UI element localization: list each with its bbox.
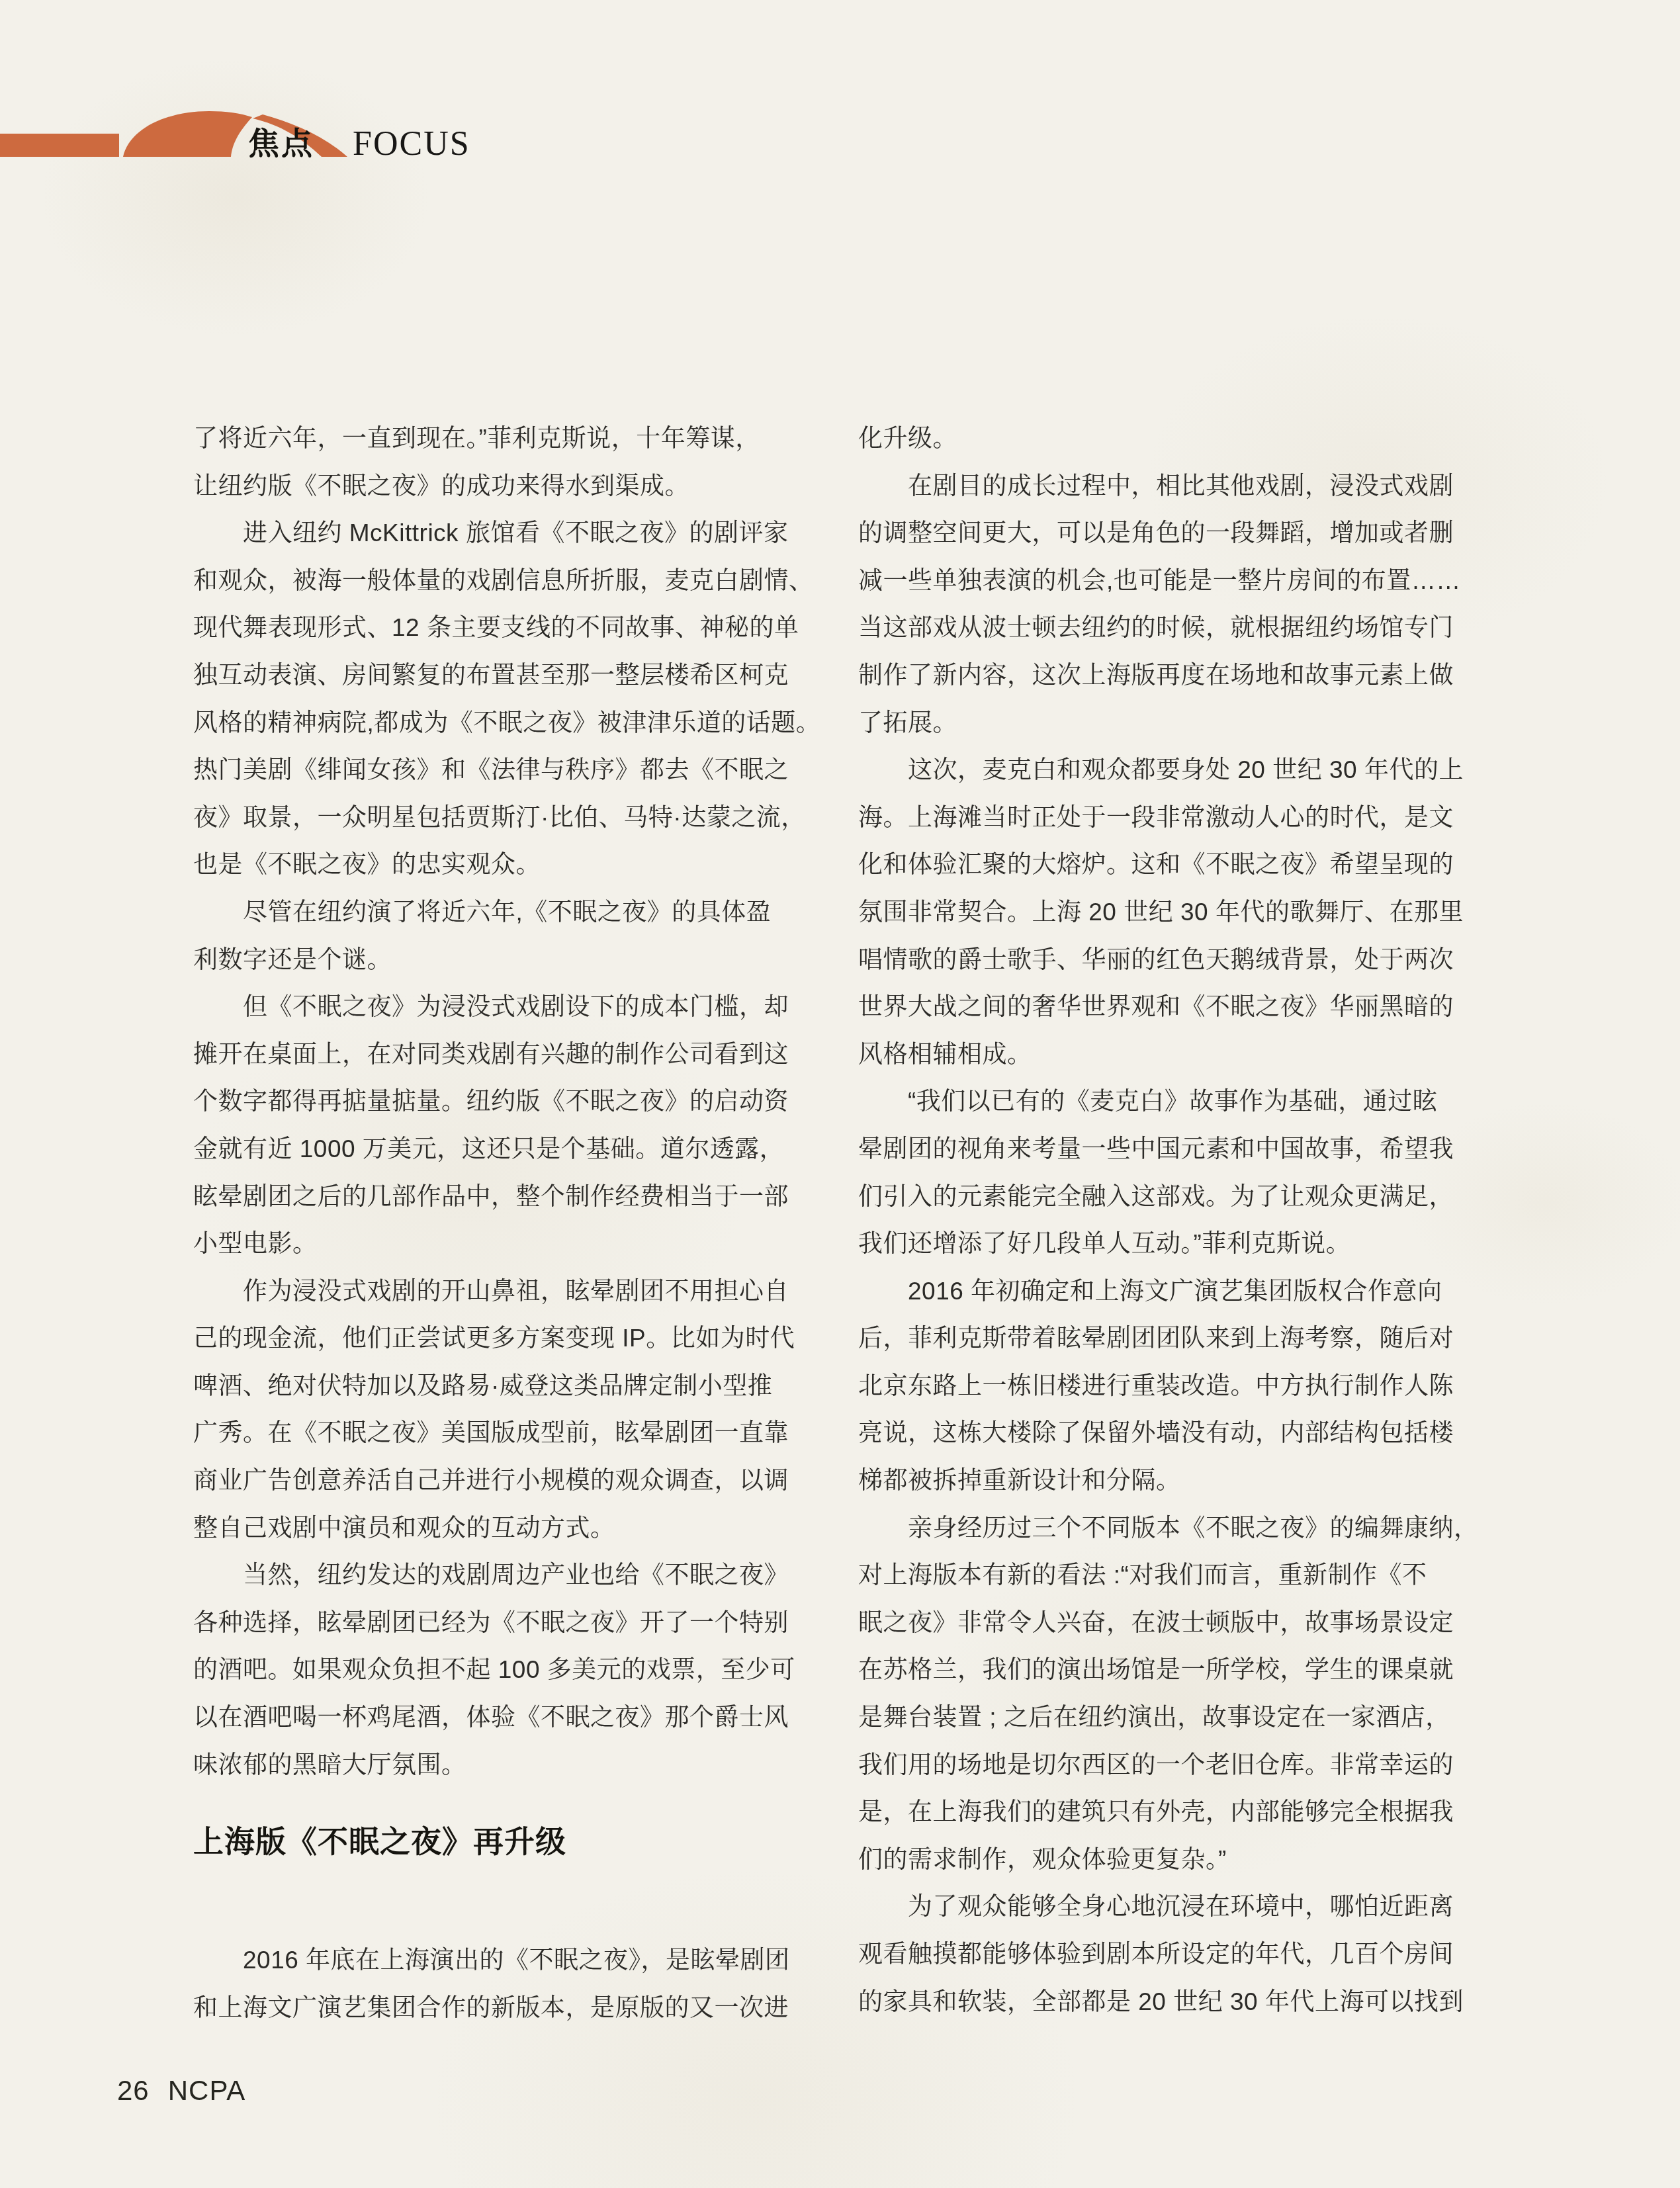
text-line: 金就有近 1000 万美元，这还只是个基础。道尔透露， <box>193 1125 822 1173</box>
section-subheading: 上海版《不眠之夜》再升级 <box>193 1821 822 1861</box>
text-line: 减一些单独表演的机会,也可能是一整片房间的布置…… <box>858 557 1487 605</box>
magazine-page: 焦点 FOCUS 了将近六年，一直到现在。”菲利克斯说，十年筹谋，让纽约版《不眠… <box>0 0 1680 2188</box>
text-line: 夜》取景，一众明星包括贾斯汀·比伯、马特·达蒙之流， <box>193 794 822 842</box>
text-line: 亮说，这栋大楼除了保留外墙没有动，内部结构包括楼 <box>858 1409 1487 1457</box>
text-line: 观看触摸都能够体验到剧本所设定的年代，几百个房间 <box>858 1931 1487 1978</box>
text-line: 商业广告创意养活自己并进行小规模的观众调查，以调 <box>193 1457 822 1505</box>
text-line: 在苏格兰，我们的演出场馆是一所学校，学生的课桌就 <box>858 1646 1487 1694</box>
header-rule <box>0 134 119 157</box>
text-line: “我们以已有的《麦克白》故事作为基础，通过眩 <box>858 1078 1487 1125</box>
text-line: 化和体验汇聚的大熔炉。这和《不眠之夜》希望呈现的 <box>858 841 1487 889</box>
text-line: 和观众，被海一般体量的戏剧信息所折服，麦克白剧情、 <box>193 557 822 605</box>
text-line: 进入纽约 McKittrick 旅馆看《不眠之夜》的剧评家 <box>193 509 822 557</box>
text-line: 当这部戏从波士顿去纽约的时候，就根据纽约场馆专门 <box>858 604 1487 652</box>
text-line: 作为浸没式戏剧的开山鼻祖，眩晕剧团不用担心自 <box>193 1268 822 1315</box>
text-line: 2016 年底在上海演出的《不眠之夜》，是眩晕剧团 <box>193 1937 822 1984</box>
text-line: 摊开在桌面上，在对同类戏剧有兴趣的制作公司看到这 <box>193 1031 822 1078</box>
text-line: 独互动表演、房间繁复的布置甚至那一整层楼希区柯克 <box>193 652 822 699</box>
text-line: 晕剧团的视角来考量一些中国元素和中国故事，希望我 <box>858 1125 1487 1173</box>
text-line: 2016 年初确定和上海文广演艺集团版权合作意向 <box>858 1268 1487 1315</box>
text-line: 氛围非常契合。上海 20 世纪 30 年代的歌舞厅、在那里 <box>858 889 1487 936</box>
text-line: 为了观众能够全身心地沉浸在环境中，哪怕近距离 <box>858 1883 1487 1931</box>
text-line: 的酒吧。如果观众负担不起 100 多美元的戏票，至少可 <box>193 1646 822 1694</box>
text-line: 利数字还是个谜。 <box>193 936 822 984</box>
page-number: 26 <box>117 2075 150 2106</box>
text-line: 对上海版本有新的看法 :“对我们而言，重新制作《不 <box>858 1552 1487 1599</box>
text-line: 了拓展。 <box>858 699 1487 747</box>
text-line: 亲身经历过三个不同版本《不眠之夜》的编舞康纳， <box>858 1505 1487 1552</box>
left-column-after-heading: 2016 年底在上海演出的《不眠之夜》，是眩晕剧团和上海文广演艺集团合作的新版本… <box>193 1937 822 2031</box>
text-line: 让纽约版《不眠之夜》的成功来得水到渠成。 <box>193 462 822 510</box>
text-line: 们引入的元素能完全融入这部戏。为了让观众更满足， <box>858 1173 1487 1221</box>
text-line: 也是《不眠之夜》的忠实观众。 <box>193 841 822 889</box>
text-line: 我们用的场地是切尔西区的一个老旧仓库。非常幸运的 <box>858 1741 1487 1789</box>
text-line: 的调整空间更大，可以是角色的一段舞蹈，增加或者删 <box>858 509 1487 557</box>
text-line: 啤酒、绝对伏特加以及路易·威登这类品牌定制小型推 <box>193 1362 822 1410</box>
text-line: 们的需求制作，观众体验更复杂。” <box>858 1836 1487 1884</box>
text-line: 风格的精神病院,都成为《不眠之夜》被津津乐道的话题。 <box>193 699 822 747</box>
text-line: 现代舞表现形式、12 条主要支线的不同故事、神秘的单 <box>193 604 822 652</box>
right-column: 化升级。 在剧目的成长过程中，相比其他戏剧，浸没式戏剧的调整空间更大，可以是角色… <box>858 415 1487 2025</box>
text-line: 化升级。 <box>858 415 1487 462</box>
text-line: 后，菲利克斯带着眩晕剧团团队来到上海考察，随后对 <box>858 1315 1487 1362</box>
text-line: 是，在上海我们的建筑只有外壳，内部能够完全根据我 <box>858 1788 1487 1836</box>
text-line: 梯都被拆掉重新设计和分隔。 <box>858 1457 1487 1505</box>
text-line: 眩晕剧团之后的几部作品中，整个制作经费相当于一部 <box>193 1173 822 1221</box>
header-banner: 焦点 FOCUS <box>0 106 609 179</box>
text-line: 味浓郁的黑暗大厅氛围。 <box>193 1741 822 1789</box>
text-line: 是舞台装置 ; 之后在纽约演出，故事设定在一家酒店， <box>858 1694 1487 1741</box>
text-line: 眠之夜》非常令人兴奋，在波士顿版中，故事场景设定 <box>858 1599 1487 1647</box>
text-line: 了将近六年，一直到现在。”菲利克斯说，十年筹谋， <box>193 415 822 462</box>
page-footer: 26NCPA <box>117 2075 245 2107</box>
text-line: 在剧目的成长过程中，相比其他戏剧，浸没式戏剧 <box>858 462 1487 510</box>
text-line: 制作了新内容，这次上海版再度在场地和故事元素上做 <box>858 652 1487 699</box>
arch-icon <box>123 111 252 157</box>
journal-name: NCPA <box>168 2075 246 2106</box>
text-line: 北京东路上一栋旧楼进行重装改造。中方执行制作人陈 <box>858 1362 1487 1410</box>
section-title-cn: 焦点 <box>248 126 314 161</box>
text-line: 世界大战之间的奢华世界观和《不眠之夜》华丽黑暗的 <box>858 983 1487 1031</box>
text-line: 小型电影。 <box>193 1220 822 1268</box>
text-line: 和上海文广演艺集团合作的新版本，是原版的又一次进 <box>193 1984 822 2032</box>
text-line: 热门美剧《绯闻女孩》和《法律与秩序》都去《不眠之 <box>193 746 822 794</box>
text-line: 整自己戏剧中演员和观众的互动方式。 <box>193 1505 822 1552</box>
text-line: 尽管在纽约演了将近六年,《不眠之夜》的具体盈 <box>193 889 822 936</box>
text-line: 唱情歌的爵士歌手、华丽的红色天鹅绒背景，处于两次 <box>858 936 1487 984</box>
text-line: 风格相辅相成。 <box>858 1031 1487 1078</box>
section-title-en: FOCUS <box>353 125 470 163</box>
left-column-body: 了将近六年，一直到现在。”菲利克斯说，十年筹谋，让纽约版《不眠之夜》的成功来得水… <box>193 415 822 1788</box>
text-line: 的家具和软装，全部都是 20 世纪 30 年代上海可以找到 <box>858 1978 1487 2026</box>
text-line: 广秀。在《不眠之夜》美国版成型前，眩晕剧团一直靠 <box>193 1409 822 1457</box>
text-line: 以在酒吧喝一杯鸡尾酒，体验《不眠之夜》那个爵士风 <box>193 1694 822 1741</box>
text-line: 我们还增添了好几段单人互动。”菲利克斯说。 <box>858 1220 1487 1268</box>
text-line: 个数字都得再掂量掂量。纽约版《不眠之夜》的启动资 <box>193 1078 822 1125</box>
text-line: 各种选择，眩晕剧团已经为《不眠之夜》开了一个特别 <box>193 1599 822 1647</box>
text-line: 但《不眠之夜》为浸没式戏剧设下的成本门槛，却 <box>193 983 822 1031</box>
text-line: 这次，麦克白和观众都要身处 20 世纪 30 年代的上 <box>858 746 1487 794</box>
text-line: 当然，纽约发达的戏剧周边产业也给《不眠之夜》 <box>193 1552 822 1599</box>
right-column-body: 化升级。 在剧目的成长过程中，相比其他戏剧，浸没式戏剧的调整空间更大，可以是角色… <box>858 415 1487 2025</box>
text-line: 海。上海滩当时正处于一段非常激动人心的时代，是文 <box>858 794 1487 842</box>
text-line: 己的现金流，他们正尝试更多方案变现 IP。比如为时代 <box>193 1315 822 1362</box>
left-column: 了将近六年，一直到现在。”菲利克斯说，十年筹谋，让纽约版《不眠之夜》的成功来得水… <box>193 415 822 2031</box>
